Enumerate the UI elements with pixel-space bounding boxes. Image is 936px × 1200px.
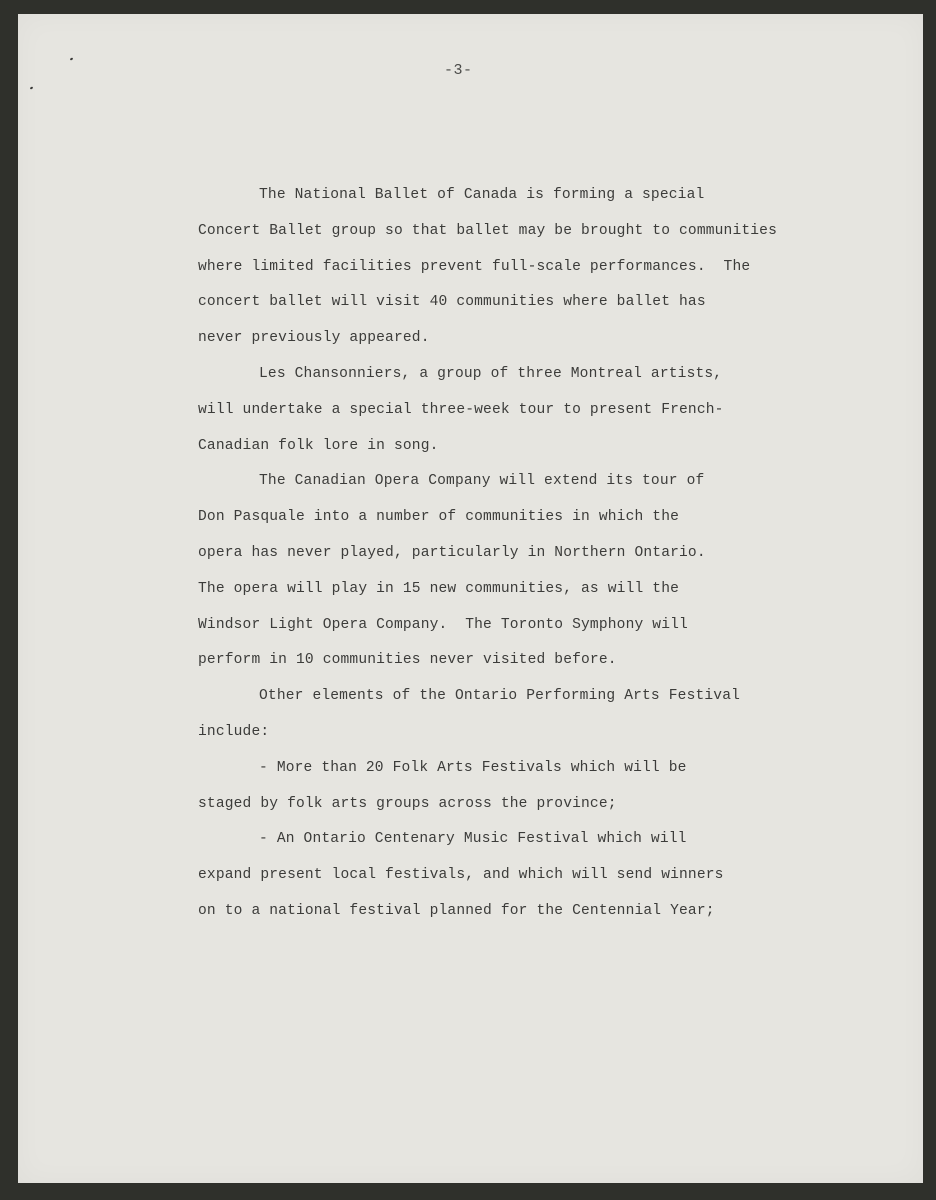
text-line: staged by folk arts groups across the pr… xyxy=(198,787,818,823)
text-line: Windsor Light Opera Company. The Toronto… xyxy=(198,608,818,644)
text-line: opera has never played, particularly in … xyxy=(198,536,818,572)
text-line: - An Ontario Centenary Music Festival wh… xyxy=(198,822,818,858)
paragraph-les-chansonniers: Les Chansonniers, a group of three Montr… xyxy=(198,357,818,464)
list-item-music-festival: - An Ontario Centenary Music Festival wh… xyxy=(198,822,818,929)
text-line: on to a national festival planned for th… xyxy=(198,894,818,930)
text-line: Les Chansonniers, a group of three Montr… xyxy=(198,357,818,393)
list-item-folk-arts: - More than 20 Folk Arts Festivals which… xyxy=(198,751,818,823)
text-line: never previously appeared. xyxy=(198,321,818,357)
text-line: - More than 20 Folk Arts Festivals which… xyxy=(198,751,818,787)
text-line: will undertake a special three-week tour… xyxy=(198,393,818,429)
text-line: include: xyxy=(198,715,818,751)
ink-speck xyxy=(70,57,74,60)
text-line: The opera will play in 15 new communitie… xyxy=(198,572,818,608)
text-line: perform in 10 communities never visited … xyxy=(198,643,818,679)
text-line: where limited facilities prevent full-sc… xyxy=(198,250,818,286)
paragraph-national-ballet: The National Ballet of Canada is forming… xyxy=(198,178,818,357)
text-line: Concert Ballet group so that ballet may … xyxy=(198,214,818,250)
paragraph-other-elements: Other elements of the Ontario Performing… xyxy=(198,679,818,751)
document-page: -3- The National Ballet of Canada is for… xyxy=(18,14,923,1183)
text-line: concert ballet will visit 40 communities… xyxy=(198,285,818,321)
text-line: Canadian folk lore in song. xyxy=(198,429,818,465)
body-text: The National Ballet of Canada is forming… xyxy=(198,178,818,930)
text-line: Don Pasquale into a number of communitie… xyxy=(198,500,818,536)
text-line: expand present local festivals, and whic… xyxy=(198,858,818,894)
ink-speck xyxy=(30,86,34,89)
paragraph-canadian-opera: The Canadian Opera Company will extend i… xyxy=(198,464,818,679)
text-line: The Canadian Opera Company will extend i… xyxy=(198,464,818,500)
page-number: -3- xyxy=(444,62,473,79)
text-line: Other elements of the Ontario Performing… xyxy=(198,679,818,715)
text-line: The National Ballet of Canada is forming… xyxy=(198,178,818,214)
